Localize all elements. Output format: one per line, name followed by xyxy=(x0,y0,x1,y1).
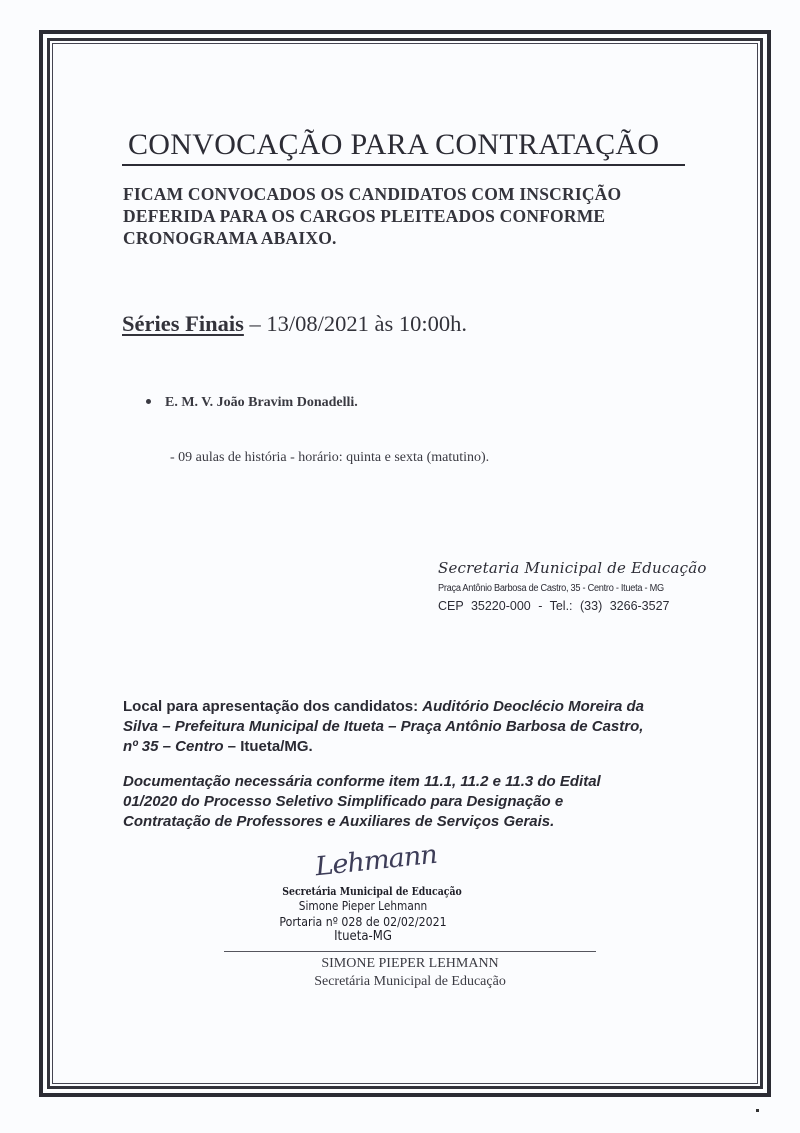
location-number: nº 35 – Centro xyxy=(123,738,224,755)
signatory-block: SIMONE PIEPER LEHMANN Secretária Municip… xyxy=(224,955,596,991)
documentation-line: Contratação de Professores e Auxiliares … xyxy=(123,812,601,832)
schedule-datetime: 13/08/2021 às 10:00h. xyxy=(266,311,467,336)
signatory-name: SIMONE PIEPER LEHMANN xyxy=(224,955,596,973)
stamp-name: Secretaria Municipal de Educação xyxy=(438,559,707,577)
signature-line xyxy=(224,951,596,952)
location-paragraph: Local para apresentação dos candidatos: … xyxy=(123,697,644,757)
location-label: Local para apresentação dos candidatos: xyxy=(123,698,422,715)
school-list-item: E. M. V. João Bravim Donadelli. xyxy=(146,395,358,411)
intro-paragraph: FICAM CONVOCADOS OS CANDIDATOS COM INSCR… xyxy=(123,183,621,249)
intro-line: DEFERIDA PARA OS CARGOS PLEITEADOS CONFO… xyxy=(123,205,621,227)
location-venue: Auditório Deoclécio Moreira da xyxy=(422,698,644,715)
stamp-address: Praça Antônio Barbosa de Castro, 35 - Ce… xyxy=(438,583,685,594)
signature-stamp-title: Secretária Municipal de Educação xyxy=(282,885,444,898)
intro-line: FICAM CONVOCADOS OS CANDIDATOS COM INSCR… xyxy=(123,183,621,205)
school-detail: - 09 aulas de história - horário: quinta… xyxy=(170,450,489,466)
documentation-paragraph: Documentação necessária conforme item 11… xyxy=(123,772,601,832)
location-address: Silva – Prefeitura Municipal de Itueta –… xyxy=(123,718,643,735)
bullet-icon xyxy=(146,399,151,404)
signatory-role: Secretária Municipal de Educação xyxy=(224,973,596,991)
schedule-separator: – xyxy=(244,311,267,336)
title-underline xyxy=(122,164,685,166)
schedule-label: Séries Finais xyxy=(122,311,244,336)
scan-speck xyxy=(756,1109,759,1112)
intro-line: CRONOGRAMA ABAIXO. xyxy=(123,227,621,249)
schedule-heading: Séries Finais – 13/08/2021 às 10:00h. xyxy=(122,311,467,337)
stamp-contact: CEP 35220-000 - Tel.: (33) 3266-3527 xyxy=(438,599,707,613)
signature-stamp-city: Itueta-MG xyxy=(278,929,449,944)
signature-stamp-portaria: Portaria nº 028 de 02/02/2021 xyxy=(279,914,446,929)
documentation-line: Documentação necessária conforme item 11… xyxy=(123,772,601,792)
documentation-line: 01/2020 do Processo Seletivo Simplificad… xyxy=(123,792,601,812)
signature-stamp: Secretária Municipal de Educação Simone … xyxy=(268,885,458,944)
letterhead-stamp: Secretaria Municipal de Educação Praça A… xyxy=(438,559,707,613)
document-title: CONVOCAÇÃO PARA CONTRATAÇÃO xyxy=(128,128,659,162)
school-name: E. M. V. João Bravim Donadelli. xyxy=(165,395,358,410)
location-city: – Itueta/MG. xyxy=(224,738,313,755)
signature-stamp-name: Simone Pieper Lehmann xyxy=(279,899,446,913)
